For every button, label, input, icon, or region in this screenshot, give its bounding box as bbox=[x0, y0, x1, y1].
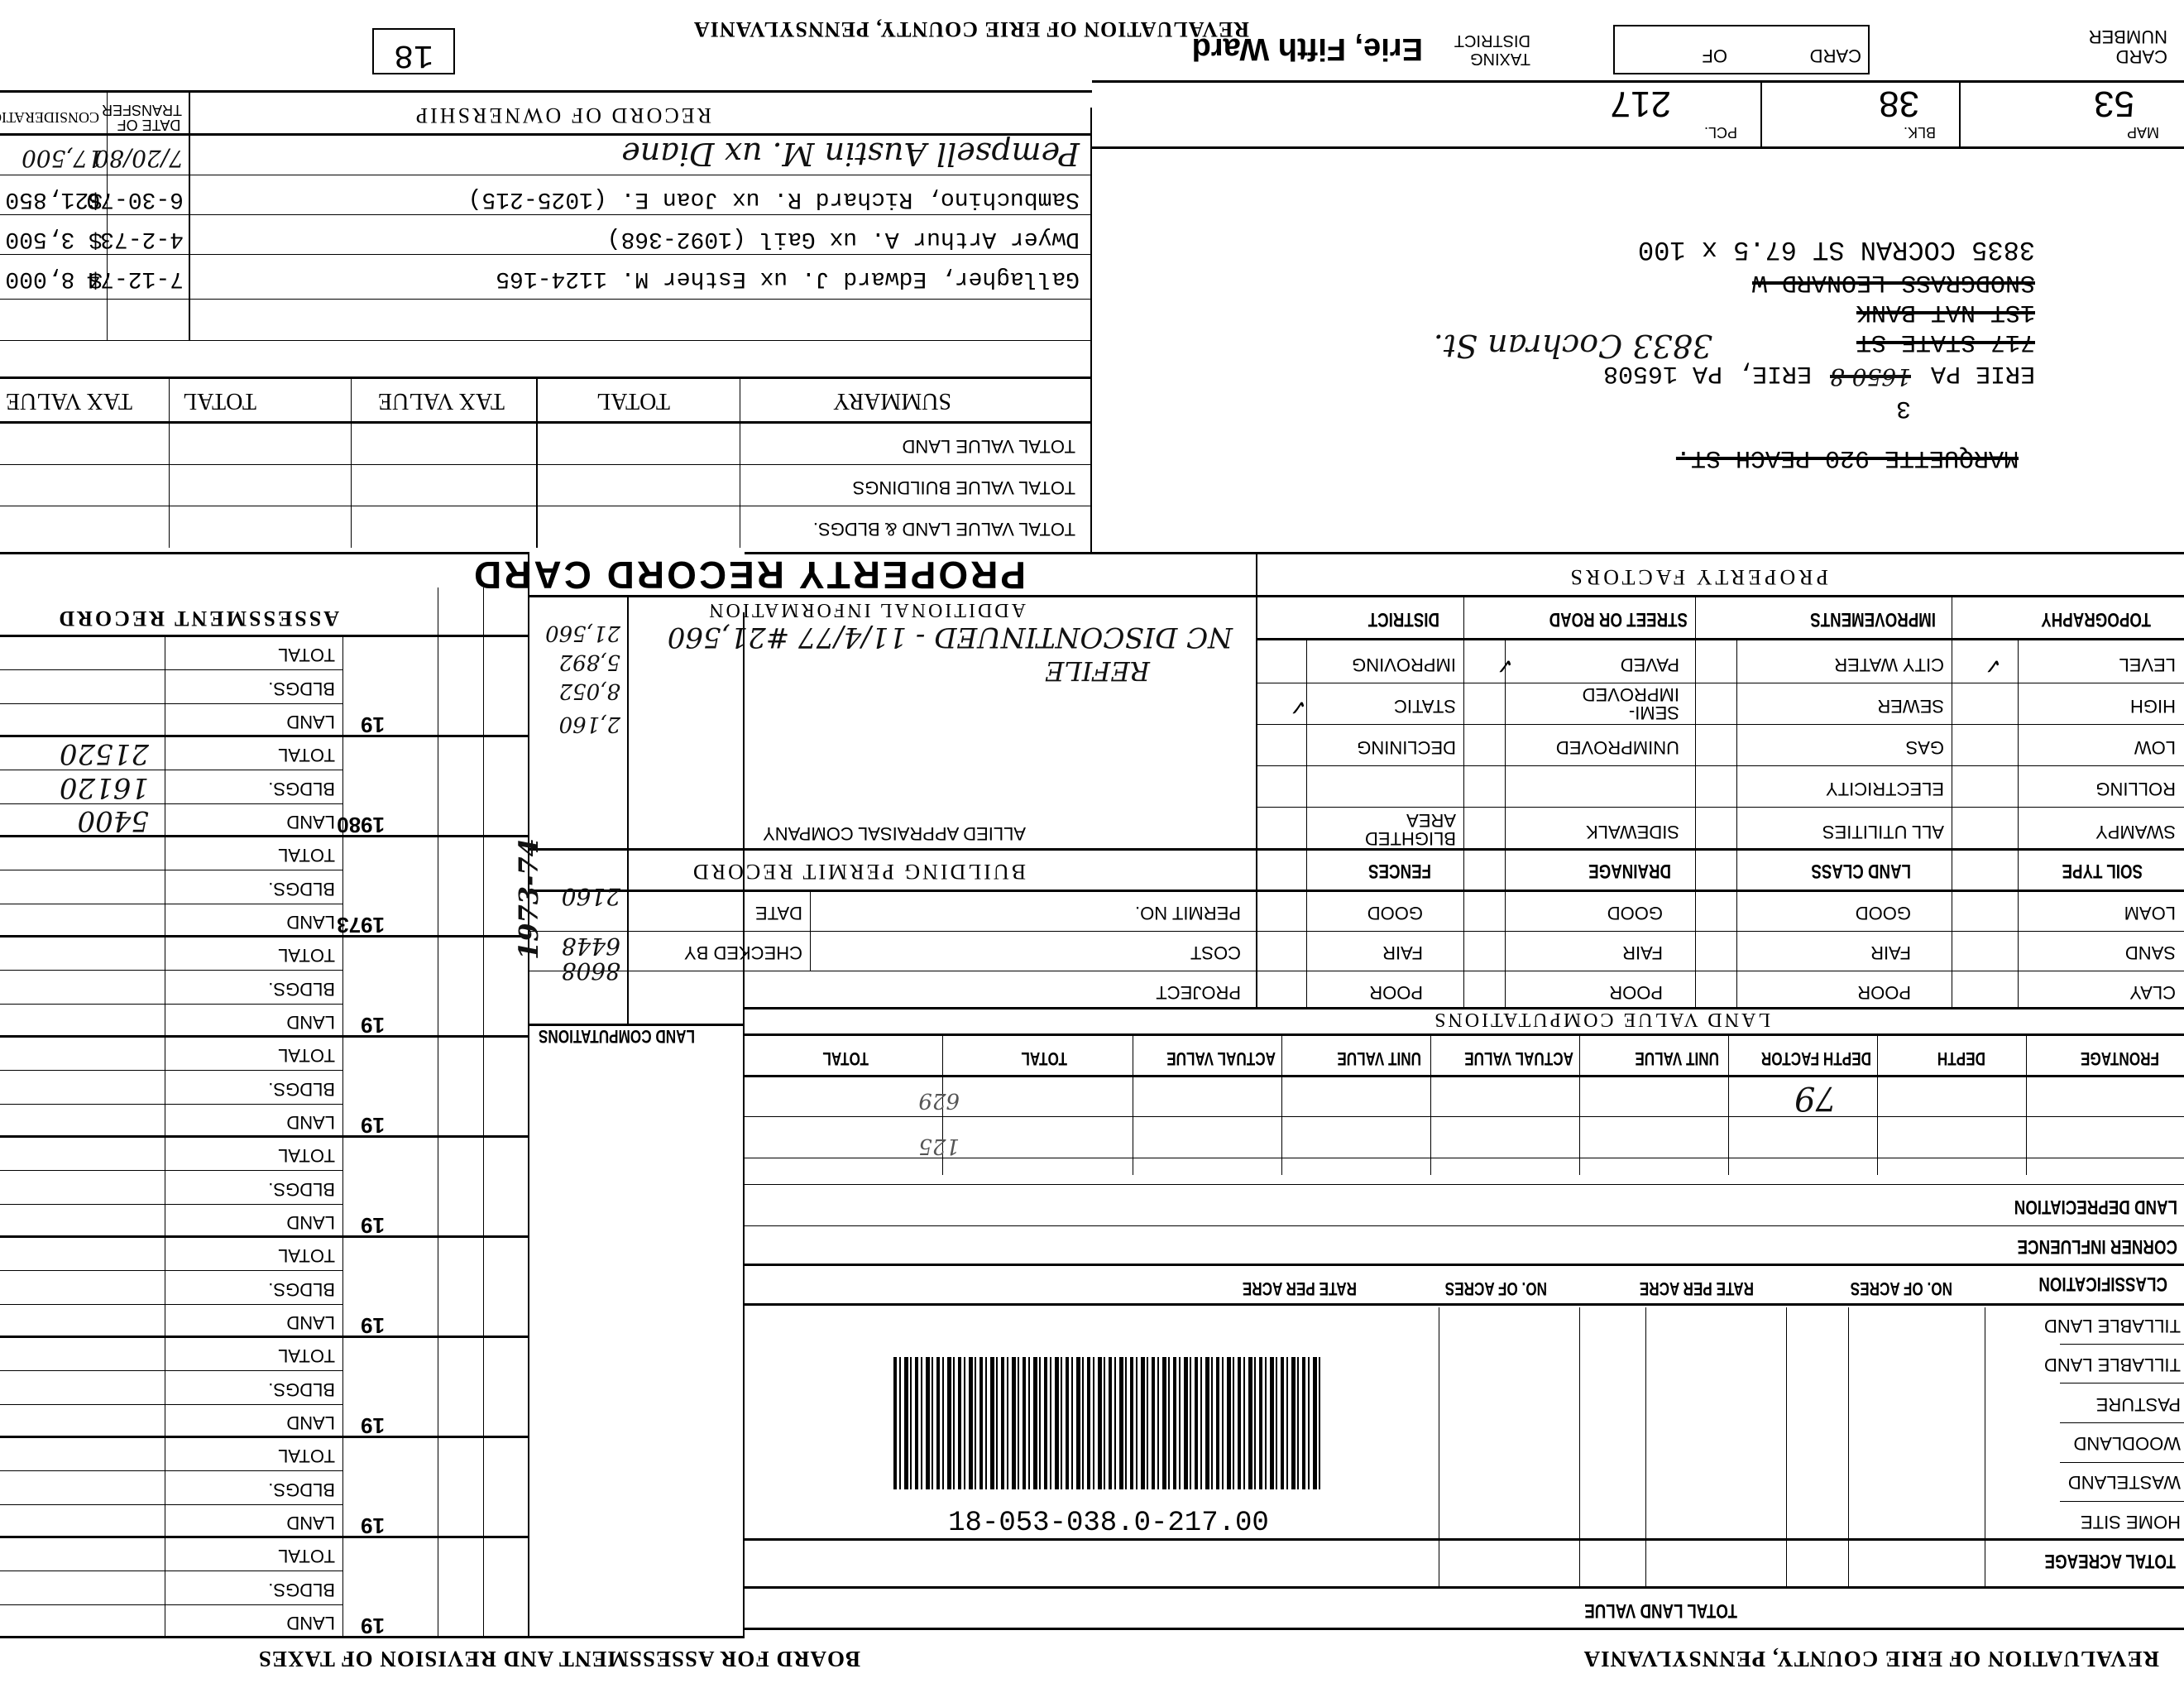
assessment-year-block: LANDBLDGS.TOTAL19 bbox=[0, 1438, 529, 1538]
class-woodland: WOODLAND bbox=[2073, 1432, 2181, 1454]
assessment-row-label: TOTAL bbox=[278, 1445, 335, 1466]
district-header: DISTRICT bbox=[1368, 607, 1439, 631]
date-label: DATE bbox=[755, 902, 802, 923]
drainage-header: DRAINAGE bbox=[1588, 859, 1671, 882]
lvc-handwritten-depth-factor: 79 bbox=[1794, 1079, 1837, 1117]
address-struck-owner: SNODGRASS LEONARD W bbox=[1752, 268, 2035, 296]
assessment-row-label: BLDGS. bbox=[268, 1178, 335, 1200]
assessment-row-label: LAND bbox=[286, 811, 335, 832]
assessment-year: 1980 bbox=[337, 812, 385, 837]
check-static[interactable]: ✓ bbox=[1289, 694, 1307, 720]
assessment-year-block: LANDBLDGS.TOTAL19 bbox=[0, 938, 529, 1038]
impr-all-utilities: ALL UTILITIES bbox=[1822, 821, 1944, 842]
topo-high: HIGH bbox=[2130, 695, 2176, 717]
assessment-year-block: LANDBLDGS.TOTAL19 bbox=[0, 1238, 529, 1338]
improvements-header: IMPROVEMENTS bbox=[1810, 607, 1936, 631]
class-tillable-1: TILLABLE LAND bbox=[2044, 1354, 2181, 1375]
assessment-row-label: TOTAL bbox=[278, 744, 335, 765]
district-improving: IMPROVING bbox=[1352, 654, 1456, 675]
address-handwritten: 3833 Cochran St. bbox=[1434, 328, 1712, 364]
fences-good: GOOD bbox=[1367, 902, 1423, 923]
consideration-value: $ 3,500 bbox=[5, 226, 103, 252]
summary-col-total-1: TOTAL bbox=[596, 387, 670, 414]
assessment-row-label: BLDGS. bbox=[268, 878, 335, 899]
address-line-1: 3835 COCRAN ST 67.5 x 100 bbox=[1638, 234, 2035, 265]
blk-value: 38 bbox=[1879, 83, 1919, 124]
class-wasteland: WASTELAND bbox=[2068, 1471, 2181, 1493]
summary-total-land-bldgs: TOTAL VALUE LAND & BLDGS. bbox=[813, 518, 1075, 539]
project-label: PROJECT bbox=[1156, 981, 1241, 1003]
address-struck-bank: 1ST NAT BANK bbox=[1856, 298, 2035, 326]
col-rate-2: RATE PER ACRE bbox=[1243, 1278, 1357, 1299]
topography-header: TOPOGRAPHY bbox=[2041, 607, 2151, 631]
col-acres-1: NO. OF ACRES bbox=[1851, 1278, 1952, 1299]
drainage-good: GOOD bbox=[1607, 902, 1663, 923]
lvc-unit-value-2: UNIT VALUE bbox=[1337, 1048, 1421, 1069]
land-class-header: LAND CLASS bbox=[1811, 859, 1911, 882]
assessment-row-label: TOTAL bbox=[278, 944, 335, 966]
pcl-label: PCL. bbox=[1704, 123, 1737, 141]
side-note-8608: 8608 bbox=[562, 957, 620, 985]
assessment-record-title: ASSESSMENT RECORD bbox=[56, 606, 339, 631]
assessment-row-label: LAND bbox=[286, 1512, 335, 1533]
consideration-label: CONSIDERATION bbox=[0, 108, 99, 126]
class-home-site: HOME SITE bbox=[2081, 1511, 2181, 1532]
assessment-value: 5400 bbox=[77, 804, 149, 837]
card-number-label: CARD NUMBER bbox=[2068, 26, 2167, 66]
summary-col-tax-1: TAX VALUE bbox=[378, 387, 505, 414]
corner-influence-label: CORNER INFLUENCE bbox=[2018, 1235, 2177, 1258]
lvc-total-1: TOTAL bbox=[1021, 1048, 1067, 1069]
lvc-handwritten-total-a: 629 bbox=[918, 1088, 960, 1113]
land-depreciation-label: LAND DEPRECIATION bbox=[2014, 1195, 2177, 1218]
assessment-row-label: LAND bbox=[286, 1111, 335, 1133]
assessment-year: 19 bbox=[361, 1412, 385, 1438]
summary-col-tax-2: TAX VALUE bbox=[6, 387, 132, 414]
assessment-row-label: BLDGS. bbox=[268, 778, 335, 799]
lvc-depth: DEPTH bbox=[1937, 1048, 1985, 1069]
fences-poor: POOR bbox=[1369, 981, 1423, 1003]
topo-low: LOW bbox=[2134, 736, 2176, 758]
landclass-poor: POOR bbox=[1857, 981, 1911, 1003]
assessment-row-label: BLDGS. bbox=[268, 1579, 335, 1600]
map-label: MAP bbox=[2127, 123, 2159, 141]
street-sidewalk: SIDEWALK bbox=[1586, 821, 1679, 842]
property-record-card-title: PROPERTY RECORD CARD bbox=[472, 553, 1026, 597]
district-blighted: BLIGHTED AREA bbox=[1357, 811, 1456, 847]
owner-name: Dwyer Arthur A. ux Gail (1092-368) bbox=[607, 226, 1080, 252]
assessment-row-label: LAND bbox=[286, 1612, 335, 1633]
assessment-year: 19 bbox=[361, 1212, 385, 1238]
land-computations-title: LAND COMPUTATIONS bbox=[539, 1025, 695, 1047]
summary-title: SUMMARY bbox=[833, 387, 951, 414]
street-unimproved: UNIMPROVED bbox=[1556, 736, 1679, 758]
assessment-year-block: LANDBLDGS.TOTAL19 bbox=[0, 637, 529, 737]
check-level[interactable]: ✓ bbox=[1984, 653, 2002, 679]
refile-note: REFILE bbox=[1045, 655, 1150, 687]
total-land-value-label: TOTAL LAND VALUE bbox=[1584, 1599, 1737, 1622]
cost-label: COST bbox=[1190, 942, 1241, 963]
permit-no-label: PERMIT NO. bbox=[1135, 902, 1241, 923]
class-tillable-2: TILLABLE LAND bbox=[2044, 1315, 2181, 1336]
side-note-21560: 21,560 bbox=[545, 621, 620, 645]
assessment-year: 19 bbox=[361, 1012, 385, 1038]
owner-name: Sambuchino, Richard R. ux Joan E. (1025-… bbox=[468, 186, 1080, 212]
assessment-year: 19 bbox=[361, 1112, 385, 1138]
address-struck-717: 717 STATE ST bbox=[1856, 328, 2035, 356]
summary-col-total-2: TOTAL bbox=[183, 387, 256, 414]
assessment-row-label: BLDGS. bbox=[268, 1379, 335, 1400]
side-note-2160b: 2,160 bbox=[559, 712, 620, 736]
lvc-frontage: FRONTAGE bbox=[2081, 1048, 2159, 1069]
assessment-row-label: BLDGS. bbox=[268, 978, 335, 1000]
fences-fair: FAIR bbox=[1382, 942, 1423, 963]
address-struck-marquette: MARQUETTE 920 PEACH ST. bbox=[1676, 444, 2019, 472]
assessment-row-label: TOTAL bbox=[278, 1244, 335, 1266]
impr-sewer: SEWER bbox=[1877, 695, 1944, 717]
impr-electricity: ELECTRICITY bbox=[1826, 778, 1944, 799]
assessment-year-block: LANDBLDGS.TOTAL1973 bbox=[0, 837, 529, 938]
revaluation-title: REVALUATION OF ERIE COUNTY, PENNSYLVANIA bbox=[1583, 1646, 2159, 1671]
assessment-year: 19 bbox=[361, 1613, 385, 1638]
side-note-8052: 8,052 bbox=[559, 679, 620, 703]
assessment-row-label: LAND bbox=[286, 1412, 335, 1433]
property-factors-title: PROPERTY FACTORS bbox=[1567, 564, 1828, 589]
taxing-district-value: Erie, Fifth Ward bbox=[1192, 31, 1423, 66]
box-number: 18 bbox=[372, 28, 455, 74]
owner-name: Pempsell Austin M. ux Diane bbox=[621, 136, 1080, 172]
ownership-title: RECORD OF OWNERSHIP bbox=[414, 103, 711, 127]
fences-header: FENCES bbox=[1368, 859, 1431, 882]
lvc-total-2: TOTAL bbox=[822, 1048, 869, 1069]
impr-gas: GAS bbox=[1906, 736, 1944, 758]
discontinued-note: NC DISCONTINUED - 11/4/77 #21,560 bbox=[668, 621, 1233, 654]
drainage-fair: FAIR bbox=[1622, 942, 1663, 963]
property-record-card: REVALUATION OF ERIE COUNTY, PENNSYLVANIA… bbox=[0, 0, 2184, 1688]
assessment-row-label: TOTAL bbox=[278, 844, 335, 866]
owner-name: Gallagher, Edward J. ux Esther M. 1124-1… bbox=[496, 266, 1080, 291]
lvc-depth-factor: DEPTH FACTOR bbox=[1761, 1048, 1871, 1069]
assessment-row-label: TOTAL bbox=[278, 1545, 335, 1566]
map-value: 53 bbox=[2094, 83, 2134, 124]
transfer-date: 4-2-73 bbox=[100, 226, 184, 252]
topo-level: LEVEL bbox=[2119, 654, 2177, 675]
summary-total-land: TOTAL VALUE LAND bbox=[903, 435, 1075, 457]
assessment-value: 21520 bbox=[60, 737, 149, 770]
pcl-value: 217 bbox=[1611, 83, 1671, 124]
soil-sand: SAND bbox=[2125, 942, 2176, 963]
assessment-year: 19 bbox=[361, 1513, 385, 1538]
address-line-3: 3 bbox=[1896, 394, 1911, 422]
building-permit-title: BUILDING PERMIT RECORD bbox=[691, 859, 1026, 884]
address-erie-pa: ERIE PA bbox=[1931, 359, 2035, 387]
topo-rolling: ROLLING bbox=[2095, 778, 2176, 799]
allied-appraisal: ALLIED APPRAISAL COMPANY bbox=[763, 822, 1026, 844]
assessment-row-label: TOTAL bbox=[278, 1345, 335, 1366]
assessment-row-label: TOTAL bbox=[278, 1144, 335, 1166]
soil-clay: CLAY bbox=[2129, 981, 2176, 1003]
topo-swampy: SWAMPY bbox=[2095, 821, 2176, 842]
landclass-fair: FAIR bbox=[1870, 942, 1911, 963]
assessment-row-label: LAND bbox=[286, 1011, 335, 1033]
assessment-row-label: BLDGS. bbox=[268, 1479, 335, 1500]
consideration-value: 17,500 bbox=[22, 145, 103, 172]
checked-by-label: CHECKED BY bbox=[684, 942, 802, 963]
assessment-year-block: LANDBLDGS.TOTAL19 bbox=[0, 1138, 529, 1238]
col-rate-1: RATE PER ACRE bbox=[1640, 1278, 1754, 1299]
assessment-row-label: LAND bbox=[286, 711, 335, 732]
side-note-5892: 5,892 bbox=[559, 650, 620, 674]
summary-total-buildings: TOTAL VALUE BUILDINGS bbox=[853, 477, 1075, 498]
assessment-year: 19 bbox=[361, 1312, 385, 1338]
lvc-unit-value-1: UNIT VALUE bbox=[1635, 1048, 1719, 1069]
classification-label: CLASSIFICATION bbox=[2038, 1272, 2167, 1295]
taxing-district-label: TAXING DISTRICT bbox=[1431, 31, 1530, 68]
side-note-2160: 2160 bbox=[562, 883, 620, 910]
assessment-row-label: BLDGS. bbox=[268, 678, 335, 699]
district-declining: DECLINING bbox=[1357, 736, 1456, 758]
class-pasture: PASTURE bbox=[2096, 1393, 2181, 1415]
consideration-value: $21,850 bbox=[5, 186, 103, 212]
assessment-row-label: LAND bbox=[286, 1312, 335, 1333]
transfer-date: 7/20/80 bbox=[94, 145, 184, 172]
impr-city-water: CITY WATER bbox=[1834, 654, 1944, 675]
blk-label: BLK. bbox=[1904, 123, 1936, 141]
street-header: STREET OR ROAD bbox=[1549, 607, 1688, 631]
col-acres-2: NO. OF ACRES bbox=[1445, 1278, 1547, 1299]
soil-type-header: SOIL TYPE bbox=[2062, 859, 2143, 882]
district-static: STATIC bbox=[1394, 695, 1456, 717]
soil-loam: LOAM bbox=[2124, 902, 2176, 923]
street-paved: PAVED bbox=[1621, 654, 1679, 675]
revaluation-header: REVALUATION OF ERIE COUNTY, PENNSYLVANIA bbox=[587, 17, 1249, 41]
lvc-title: LAND VALUE COMPUTATIONS bbox=[1432, 1008, 1770, 1030]
consideration-value: $ 8,000 bbox=[5, 266, 103, 291]
street-semi-improved: SEMI-IMPROVED bbox=[1572, 685, 1679, 722]
assessment-row-label: LAND bbox=[286, 911, 335, 933]
lvc-actual-value-1: ACTUAL VALUE bbox=[1464, 1048, 1573, 1069]
additional-info-title: ADDITIONAL INFORMATION bbox=[706, 598, 1026, 621]
vertical-note-1973: 1973-74 bbox=[513, 838, 544, 960]
assessment-year: 19 bbox=[361, 712, 385, 737]
assessment-row-label: TOTAL bbox=[278, 644, 335, 665]
board-title: BOARD FOR ASSESSMENT AND REVISION OF TAX… bbox=[258, 1646, 860, 1671]
total-acreage-label: TOTAL ACREAGE bbox=[2045, 1549, 2176, 1572]
assessment-row-label: BLDGS. bbox=[268, 1078, 335, 1100]
drainage-poor: POOR bbox=[1609, 981, 1663, 1003]
assessment-year-block: LANDBLDGS.TOTAL19 bbox=[0, 1338, 529, 1438]
lvc-actual-value-2: ACTUAL VALUE bbox=[1166, 1048, 1276, 1069]
assessment-year-block: LANDBLDGS.TOTAL19 bbox=[0, 1538, 529, 1638]
assessment-row-label: LAND bbox=[286, 1211, 335, 1233]
barcode bbox=[893, 1357, 1324, 1489]
lvc-handwritten-total-b: 125 bbox=[918, 1134, 960, 1158]
address-zip-struck: 1650 8 bbox=[1830, 363, 1911, 391]
assessment-year: 1973 bbox=[337, 912, 385, 938]
side-note-6448: 6448 bbox=[562, 933, 620, 960]
assessment-value: 16120 bbox=[60, 771, 149, 804]
assessment-year-block: LAND5400BLDGS.16120TOTAL215201980 bbox=[0, 737, 529, 837]
barcode-text: 18-053-038.0-217.00 bbox=[910, 1508, 1307, 1539]
assessment-row-label: BLDGS. bbox=[268, 1278, 335, 1300]
date-of-transfer-label: DATE OF TRANSFER bbox=[116, 103, 182, 132]
landclass-good: GOOD bbox=[1856, 902, 1911, 923]
card-of-box[interactable]: CARD OF bbox=[1613, 25, 1870, 74]
assessment-row-label: TOTAL bbox=[278, 1044, 335, 1066]
assessment-year-block: LANDBLDGS.TOTAL19 bbox=[0, 1038, 529, 1138]
